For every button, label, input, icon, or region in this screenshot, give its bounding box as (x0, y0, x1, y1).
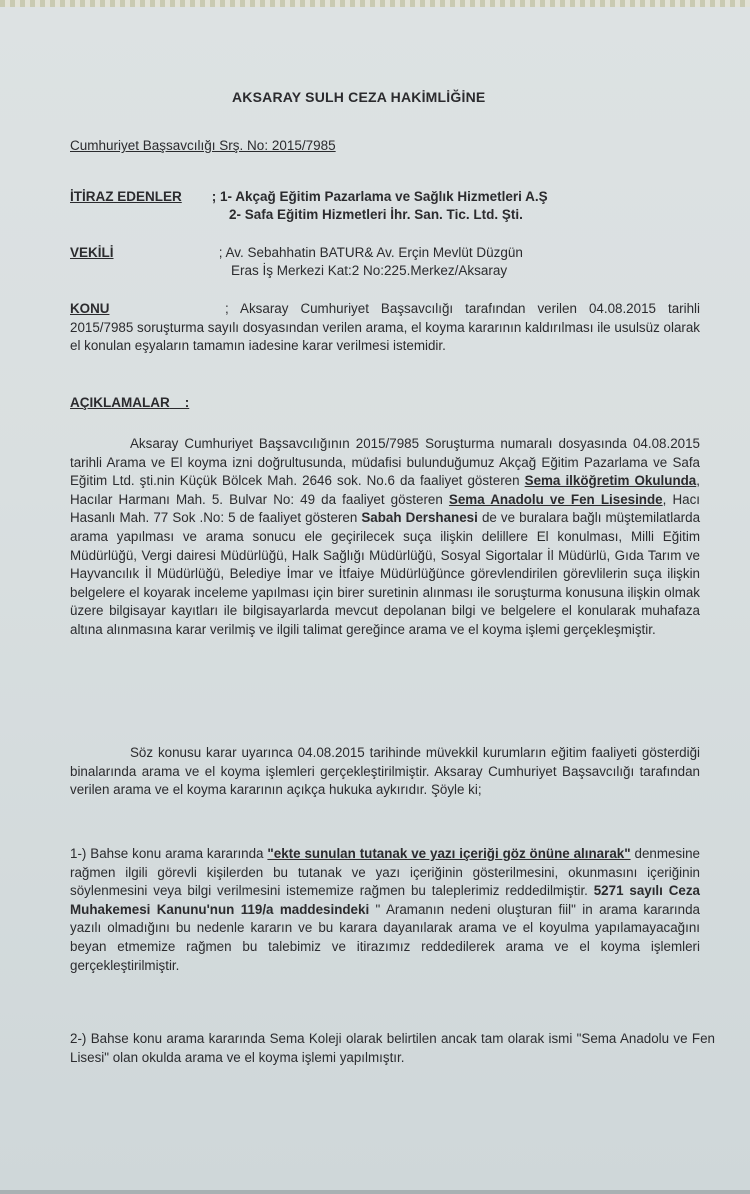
quoted-phrase: "ekte sunulan tutanak ve yazı içeriği gö… (267, 846, 630, 861)
objectors-section: İTİRAZ EDENLER ; 1- Akçağ Eğitim Pazarla… (70, 188, 548, 206)
school-name-1: Sema ilköğretim Okulunda (525, 473, 697, 488)
school-name-2: Sema Anadolu ve Fen Lisesinde (449, 492, 663, 507)
attorney-label: VEKİLİ (70, 244, 215, 262)
paper-top-edge (0, 0, 750, 7)
school-name-3: Sabah Dershanesi (361, 510, 477, 525)
explanations-heading: AÇIKLAMALAR : (70, 394, 189, 412)
objector-2: 2- Safa Eğitim Hizmetleri İhr. San. Tic.… (229, 206, 523, 224)
explanation-paragraph-2: Söz konusu karar uyarınca 04.08.2015 tar… (70, 744, 700, 800)
case-reference: Cumhuriyet Başsavcılığı Srş. No: 2015/79… (70, 138, 336, 153)
objectors-label: İTİRAZ EDENLER (70, 188, 208, 206)
document-page: AKSARAY SULH CEZA HAKİMLİĞİNE Cumhuriyet… (0, 7, 750, 1190)
attorney-names: Av. Sebahhatin BATUR& Av. Erçin Mevlüt D… (226, 245, 523, 260)
attorney-section: VEKİLİ ; Av. Sebahhatin BATUR& Av. Erçin… (70, 244, 523, 262)
document-title: AKSARAY SULH CEZA HAKİMLİĞİNE (232, 89, 485, 105)
attorney-address: Eras İş Merkezi Kat:2 No:225.Merkez/Aksa… (231, 262, 507, 280)
paper-bottom-edge (0, 1190, 750, 1194)
subject-section: KONU ; Aksaray Cumhuriyet Başsavcılığı t… (70, 300, 700, 356)
explanation-paragraph-1: Aksaray Cumhuriyet Başsavcılığının 2015/… (70, 435, 700, 640)
explanation-item-1: 1-) Bahse konu arama kararında "ekte sun… (70, 845, 700, 975)
subject-label: KONU (70, 300, 213, 319)
explanation-item-2: 2-) Bahse konu arama kararında Sema Kole… (70, 1030, 715, 1067)
objector-1: 1- Akçağ Eğitim Pazarlama ve Sağlık Hizm… (220, 189, 548, 204)
